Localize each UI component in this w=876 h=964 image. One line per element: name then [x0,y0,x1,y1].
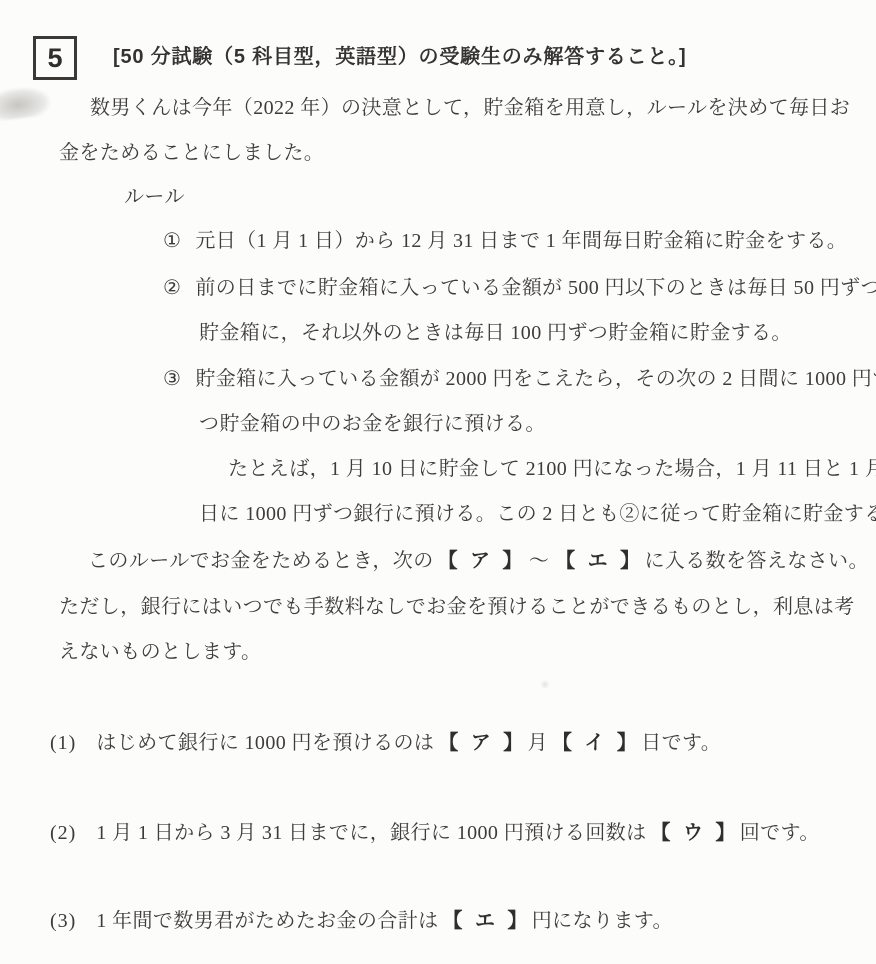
document-page: 5 [50 分試験（5 科目型，英語型）の受験生のみ解答すること。] 数男くんは… [0,0,876,964]
intro-line-1: 数男くんは今年（2022 年）の決意として，貯金箱を用意し，ルールを決めて毎日お [90,95,850,121]
bracket-close: 】 [503,732,523,754]
bracket-open: 【 [438,550,458,572]
bracket-close: 】 [617,732,637,754]
problem-number: 5 [47,43,62,74]
intro-line-2: 金をためることにしました。 [59,140,324,166]
bracket-open: 【 [651,822,671,844]
bracket-close: 】 [502,550,522,572]
answer-blank-d: 【エ】 [555,550,640,572]
rule-3-line-1: ③貯金箱に入っている金額が 2000 円をこえたら，その次の 2 日間に 100… [163,366,876,392]
answer-blank-1b: 【イ】 [552,732,637,754]
bracket-close: 】 [715,822,735,844]
answer-blank-2a: 【ウ】 [651,822,736,844]
question-3: (3)1 年間で数男君がためたお金の合計は【エ】円になります。 [50,908,673,934]
question-2: (2)1 月 1 日から 3 月 31 日までに，銀行に 1000 円預ける回数… [50,820,820,846]
question-1-text-post: 日です。 [641,732,721,754]
rules-label: ルール [124,184,185,210]
blank-letter-a: ア [458,550,502,572]
scan-speck [540,680,550,689]
circled-3-marker: ③ [163,366,181,392]
question-2-text-post: 回です。 [740,822,820,844]
question-1: (1)はじめて銀行に 1000 円を預けるのは【ア】月【イ】日です。 [50,730,721,756]
rule-3-example-line-1: たとえば，1 月 10 日に貯金して 2100 円になった場合，1 月 11 日… [228,456,876,482]
answer-blank-1a: 【ア】 [438,732,523,754]
question-1-number: (1) [50,730,76,756]
instruction-line-3: えないものとします。 [59,639,261,665]
question-1-text-pre: はじめて銀行に 1000 円を預けるのは [96,732,434,754]
instruction-text-post: に入る数を答えなさい。 [644,550,868,572]
question-3-number: (3) [50,908,76,934]
rule-2-line-2: 貯金箱に，それ以外のときは毎日 100 円ずつ貯金箱に貯金する。 [199,320,792,346]
rule-3-example-line-2: 日に 1000 円ずつ銀行に預ける。この 2 日とも②に従って貯金箱に貯金する。 [199,501,876,527]
question-2-number: (2) [50,820,76,846]
rule-2-text-1: 前の日までに貯金箱に入っている金額が 500 円以下のときは毎日 50 円ずつ [195,277,876,299]
question-2-text-pre: 1 月 1 日から 3 月 31 日までに，銀行に 1000 円預ける回数は [96,822,646,844]
instruction-line-1: このルールでお金をためるとき，次の【ア】～【エ】に入る数を答えなさい。 [88,548,869,574]
answer-blank-a: 【ア】 [438,550,523,572]
exam-instruction-heading: [50 分試験（5 科目型，英語型）の受験生のみ解答すること。] [113,44,686,70]
rule-3-line-2: つ貯金箱の中のお金を銀行に預ける。 [199,411,546,437]
tilde-range: ～ [529,550,549,572]
bracket-open: 【 [555,550,575,572]
blank-letter-d: エ [576,550,620,572]
blank-letter-1a: ア [459,732,503,754]
bracket-open: 【 [438,732,458,754]
bracket-open: 【 [443,910,463,932]
rule-3-text-1: 貯金箱に入っている金額が 2000 円をこえたら，その次の 2 日間に 1000… [195,368,876,390]
circled-1-marker: ① [163,228,181,254]
circled-2-marker: ② [163,275,181,301]
bracket-close: 】 [620,550,640,572]
question-1-text-mid: 月 [528,732,548,754]
blank-letter-1b: イ [572,732,616,754]
bracket-close: 】 [507,910,527,932]
rule-1-text: 元日（1 月 1 日）から 12 月 31 日まで 1 年間毎日貯金箱に貯金をす… [195,230,847,252]
question-3-text-post: 円になります。 [532,910,673,932]
bracket-open: 【 [552,732,572,754]
question-3-text-pre: 1 年間で数男君がためたお金の合計は [96,910,438,932]
problem-number-box: 5 [33,36,77,80]
rule-2-line-1: ②前の日までに貯金箱に入っている金額が 500 円以下のときは毎日 50 円ずつ [163,275,876,301]
rule-1-line-1: ①元日（1 月 1 日）から 12 月 31 日まで 1 年間毎日貯金箱に貯金を… [163,228,847,254]
blank-letter-3a: エ [463,910,507,932]
blank-letter-2a: ウ [671,822,715,844]
instruction-line-2: ただし，銀行にはいつでも手数料なしでお金を預けることができるものとし，利息は考 [59,594,855,620]
scan-artifact [0,85,52,122]
answer-blank-3a: 【エ】 [443,910,528,932]
instruction-text-pre: このルールでお金をためるとき，次の [88,550,434,572]
